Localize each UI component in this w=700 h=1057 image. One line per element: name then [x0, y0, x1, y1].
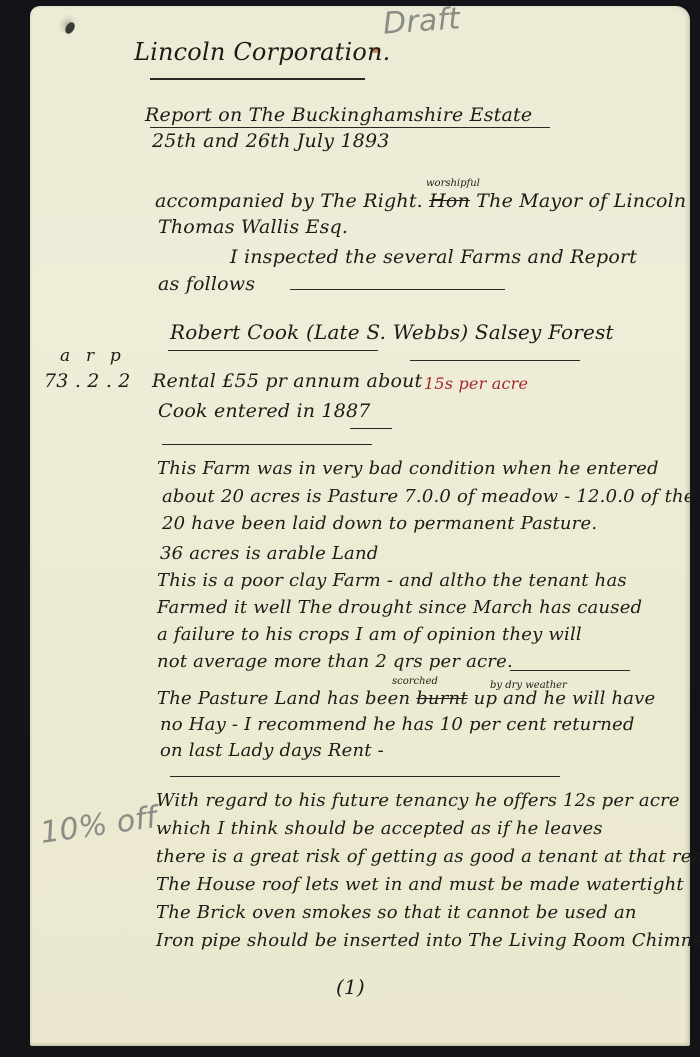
rental-line: Rental £55 pr annum about — [152, 370, 422, 392]
subtitle-underline — [150, 127, 550, 128]
report-subtitle: Report on The Buckinghamshire Estate — [145, 104, 532, 126]
farm-heading-underline-1 — [168, 350, 378, 351]
para1-line-2: about 20 acres is Pasture 7.0.0 of meado… — [162, 486, 695, 507]
as-follows-rule — [290, 289, 505, 290]
draft-annotation: Draft — [382, 1, 461, 41]
para2-line-6: Iron pipe should be inserted into The Li… — [156, 930, 700, 951]
farm-heading: Robert Cook (Late S. Webbs) Salsey Fores… — [170, 320, 614, 344]
entered-dash — [350, 428, 392, 429]
para2-line-5: The Brick oven smokes so that it cannot … — [156, 902, 637, 923]
entered-line: Cook entered in 1887 — [158, 400, 371, 422]
para1-line-9: The Pasture Land has been burnt up and h… — [157, 688, 655, 709]
title-underline — [150, 78, 365, 80]
report-dates: 25th and 26th July 1893 — [152, 130, 390, 152]
measure-header: a r p — [60, 346, 121, 366]
section-divider-2 — [170, 776, 560, 777]
insert-scorched: scorched — [392, 676, 438, 687]
section-divider-1 — [162, 444, 372, 445]
accompanied-line-2: Thomas Wallis Esq. — [158, 216, 348, 238]
accompanied-line-1: accompanied by The Right. Hon The Mayor … — [155, 190, 686, 212]
para2-line-1: With regard to his future tenancy he off… — [156, 790, 680, 811]
document-title: Lincoln Corporation. — [134, 38, 390, 66]
para1-line-4: 36 acres is arable Land — [160, 543, 379, 564]
insert-worshipful: worshipful — [426, 178, 480, 189]
para1-line-11: on last Lady days Rent - — [160, 740, 384, 761]
rental-per-acre: 15s per acre — [424, 374, 528, 393]
para1-line-1: This Farm was in very bad condition when… — [157, 458, 659, 479]
para1-line-6: Farmed it well The drought since March h… — [157, 597, 642, 618]
para1-line-10: no Hay - I recommend he has 10 per cent … — [160, 714, 635, 735]
para1-line-7: a failure to his crops I am of opinion t… — [157, 624, 582, 645]
page-number: (1) — [336, 975, 365, 999]
para2-line-2: which I think should be accepted as if h… — [156, 818, 603, 839]
inspected-line-1: I inspected the several Farms and Report — [230, 246, 637, 268]
measure-values: 73 . 2 . 2 — [44, 370, 131, 392]
inspected-line-2: as follows — [158, 273, 255, 295]
para1-line-8: not average more than 2 qrs per acre. — [157, 651, 513, 672]
para1-line-5: This is a poor clay Farm - and altho the… — [157, 570, 627, 591]
farm-heading-underline-2 — [410, 360, 580, 361]
para2-line-4: The House roof lets wet in and must be m… — [156, 874, 684, 895]
qrs-dash — [510, 670, 630, 671]
para2-line-3: there is a great risk of getting as good… — [156, 846, 700, 867]
para1-line-3: 20 have been laid down to permanent Past… — [162, 513, 597, 534]
